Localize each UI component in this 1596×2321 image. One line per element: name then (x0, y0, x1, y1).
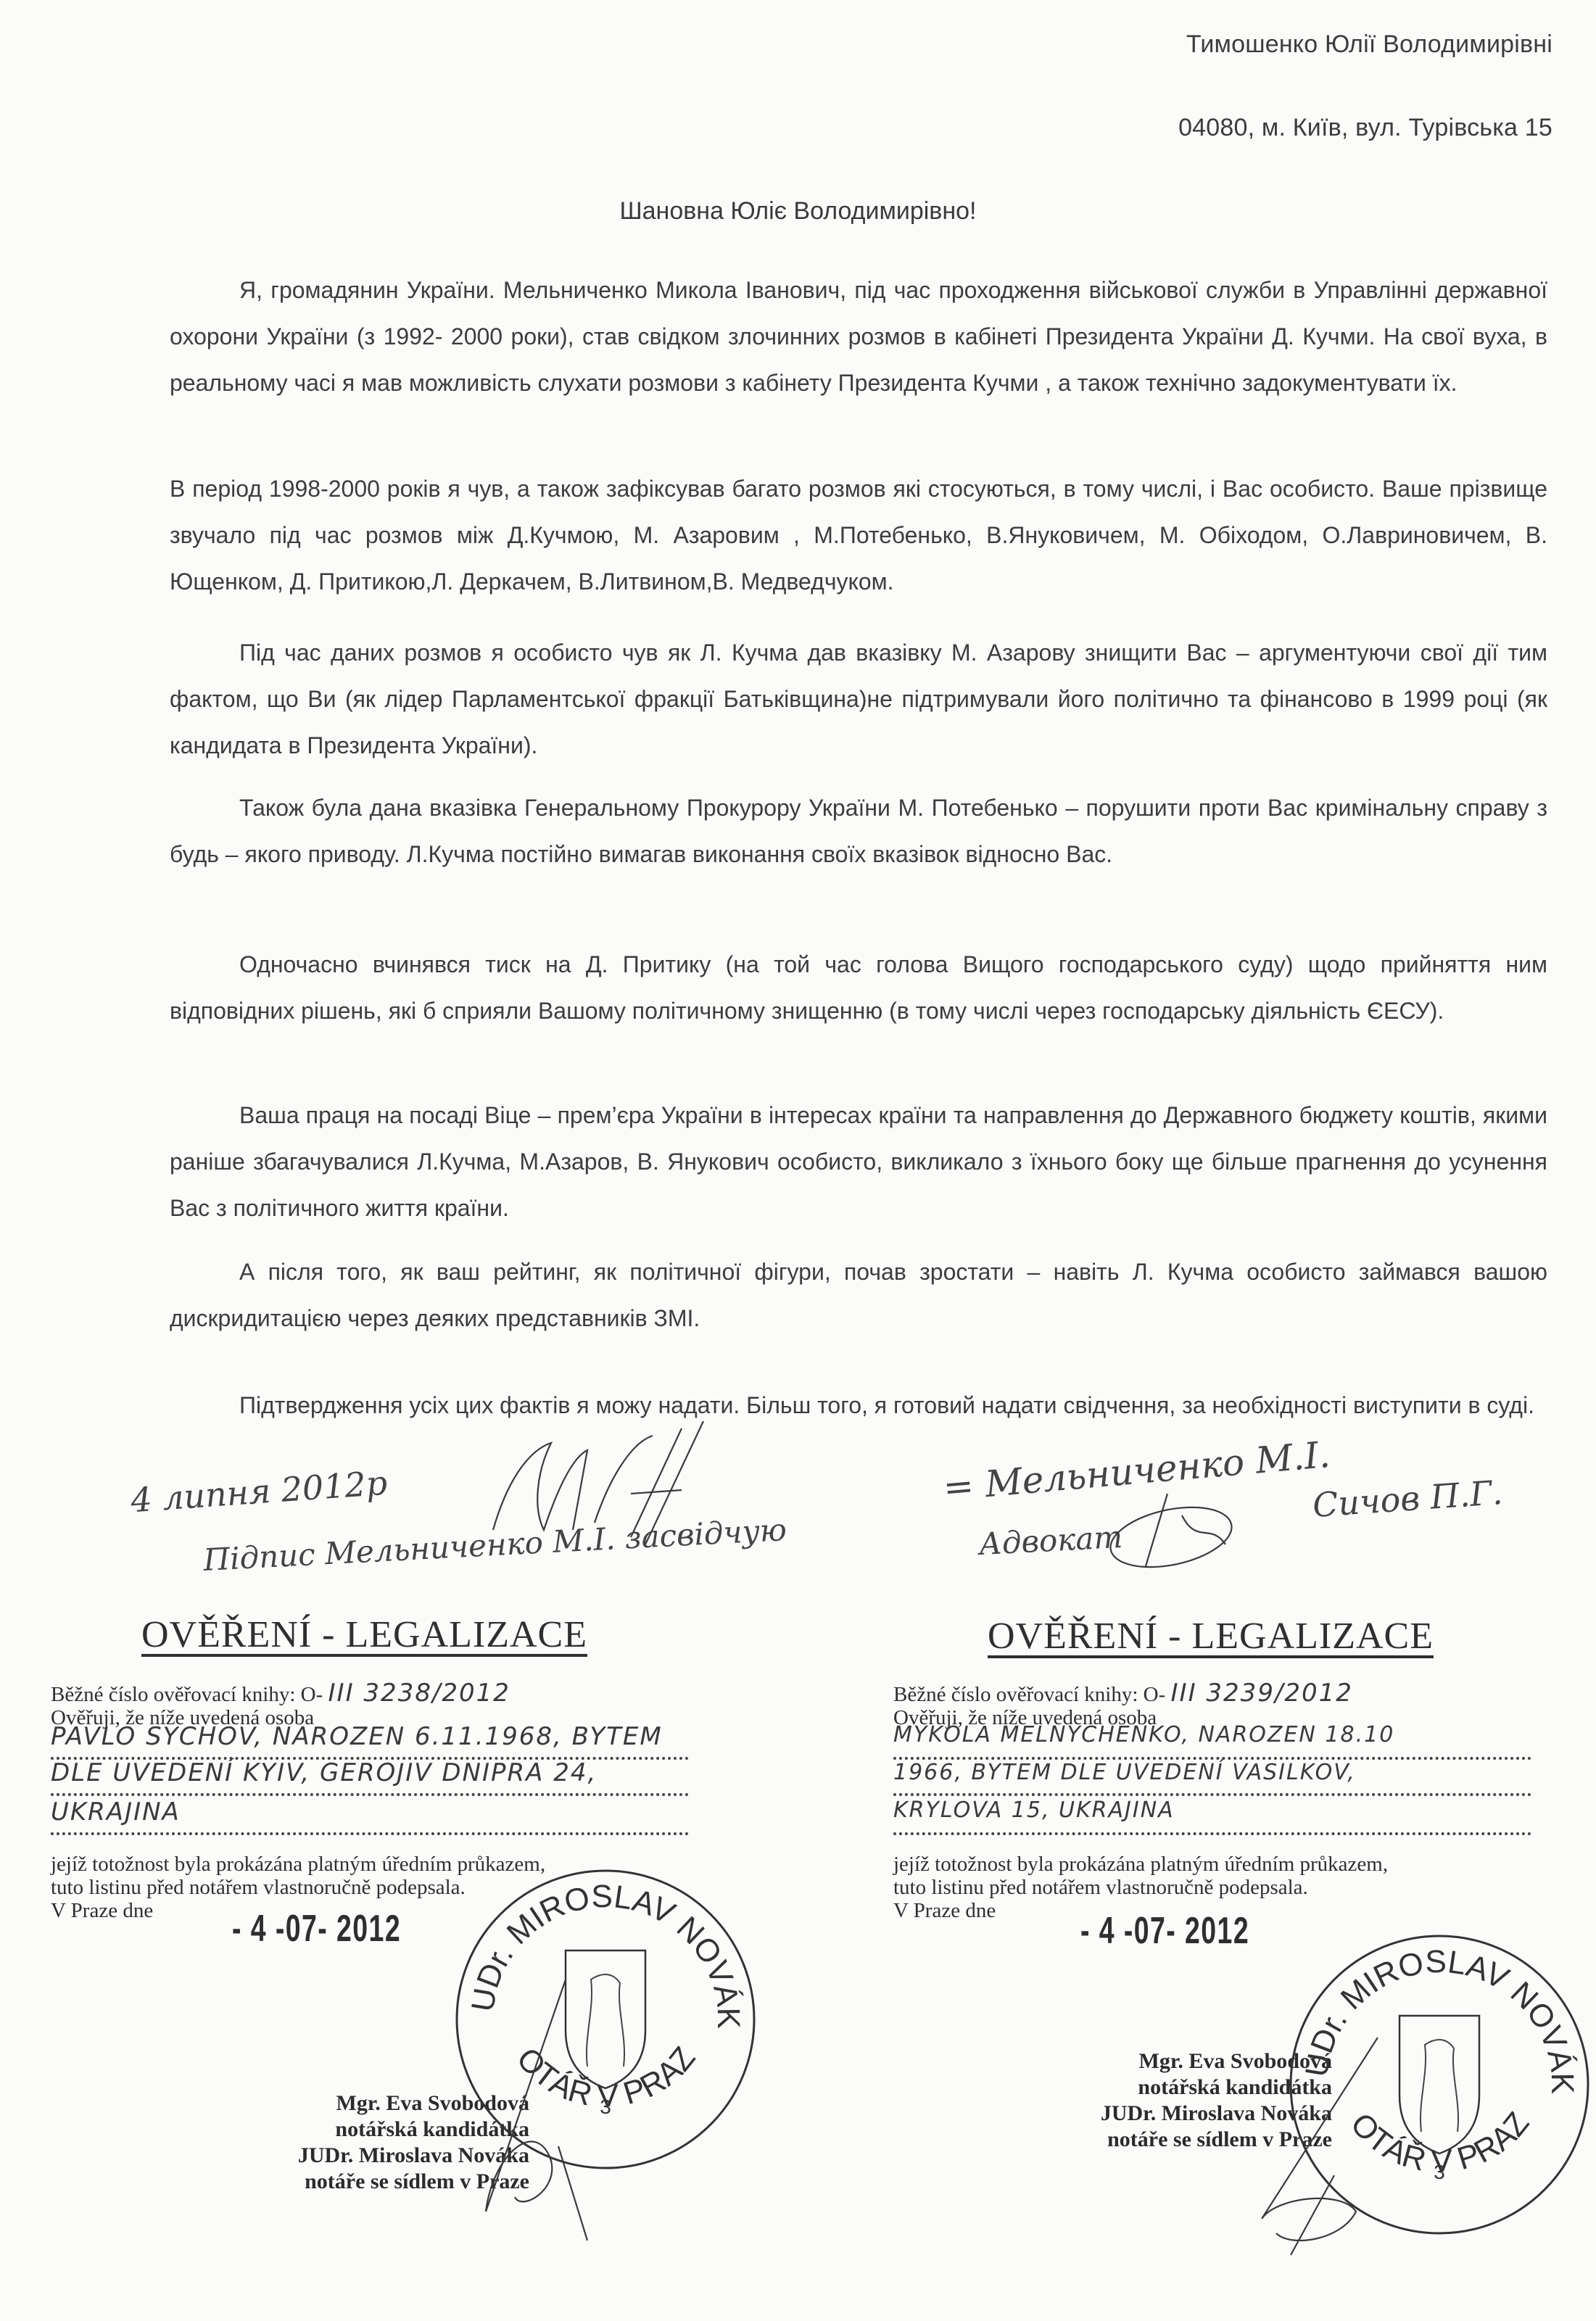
date-stamp: - 4 -07- 2012 (232, 1907, 401, 1950)
date-stamp: - 4 -07- 2012 (1080, 1909, 1249, 1953)
person-line-1: PAVLO SYCHOV, NAROZEN 6.11.1968, BYTEM (51, 1722, 663, 1751)
handwritten-date: 4 липня 2012р (130, 1463, 389, 1521)
paragraph-6: Ваша праця на посаді Віце – прем’єра Укр… (170, 1092, 1547, 1231)
paragraph-4: Також була дана вказівка Генеральному Пр… (170, 785, 1547, 877)
paragraph-3: Під час даних розмов я особисто чув як Л… (170, 629, 1547, 769)
book-number-row: Běžné číslo ověřovací knihy: O- III 3239… (893, 1679, 1353, 1708)
seal-number: 3 (1434, 2161, 1445, 2183)
notary-signature-right (1233, 2030, 1399, 2262)
book-number-value: III 3238/2012 (328, 1679, 510, 1708)
person-line-1: MYKOLA MELNYCHENKO, NAROZEN 18.10 (893, 1722, 1394, 1747)
identity-text: jejíž totožnost byla prokázána platným ú… (893, 1853, 1388, 1877)
signed-text: tuto listinu před notářem vlastnoručně p… (51, 1876, 466, 1900)
signed-text: tuto listinu před notářem vlastnoručně p… (893, 1876, 1308, 1900)
salutation: Шановна Юліє Володимирівно! (0, 197, 1596, 226)
place-label: V Praze dne (893, 1899, 996, 1923)
dotted-line (51, 1832, 689, 1835)
lawyer-signature (1102, 1479, 1247, 1573)
dotted-line (893, 1793, 1531, 1796)
dotted-line (51, 1793, 689, 1796)
book-number-value: III 3239/2012 (1171, 1679, 1353, 1708)
recipient-address: 04080, м. Київ, вул. Турівська 15 (1178, 114, 1552, 142)
paragraph-2: В період 1998-2000 років я чув, а також … (170, 466, 1547, 605)
legalization-title: OVĚŘENÍ - LEGALIZACE (988, 1615, 1434, 1658)
person-line-3: KRYLOVA 15, UKRAJINA (893, 1797, 1175, 1823)
recipient-name: Тимошенко Юлії Володимирівні (1186, 30, 1552, 59)
person-line-2: 1966, BYTEM DLE UVEDENÍ VASILKOV, (893, 1760, 1356, 1785)
legalization-title: OVĚŘENÍ - LEGALIZACE (141, 1613, 587, 1656)
person-line-2: DLE UVEDENÍ KYIV, GEROJIV DNIPRA 24, (51, 1758, 597, 1787)
place-label: V Praze dne (51, 1899, 153, 1923)
paragraph-8: Підтвердження усіх цих фактів я можу над… (170, 1382, 1547, 1428)
person-line-3: UKRAJINA (51, 1797, 181, 1826)
book-number-label: Běžné číslo ověřovací knihy: O- (51, 1683, 323, 1706)
paragraph-5: Одночасно вчинявся тиск на Д. Притику (н… (170, 941, 1547, 1034)
coat-of-arms-icon (1399, 2016, 1479, 2154)
paragraph-1: Я, громадянин України. Мельниченко Микол… (170, 267, 1547, 406)
paragraph-7: А після того, як ваш рейтинг, як політич… (170, 1249, 1547, 1341)
handwritten-lawyer-name: Сичов П.Г. (1311, 1473, 1503, 1525)
notary-signature-left (471, 1972, 616, 2248)
book-number-label: Běžné číslo ověřovací knihy: O- (893, 1683, 1165, 1706)
book-number-row: Běžné číslo ověřovací knihy: O- III 3238… (51, 1679, 510, 1708)
dotted-line (893, 1832, 1531, 1835)
